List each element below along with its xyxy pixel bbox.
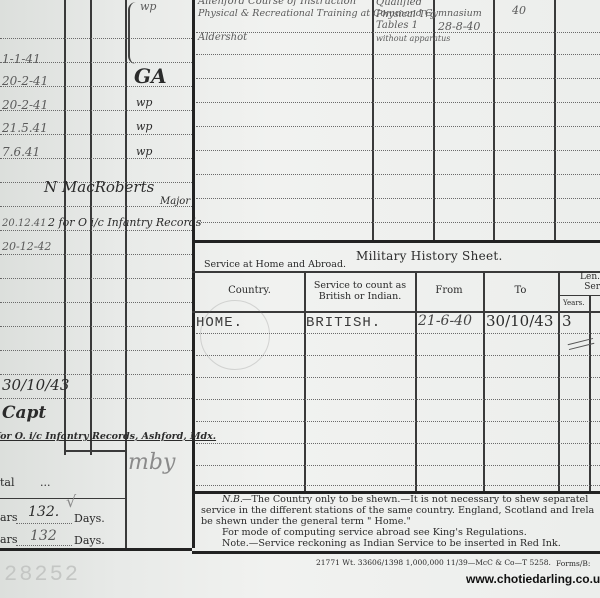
col-header-length: Len. Ser	[574, 272, 600, 292]
days-value: 132.	[28, 504, 59, 520]
row-rule	[196, 198, 600, 199]
left-section-border	[192, 0, 195, 548]
row-rule	[196, 174, 600, 175]
entry-date: 20-2-41	[2, 98, 48, 112]
course-line: Aldershot	[198, 32, 247, 43]
note-line: be shewn under the general term " Home."	[201, 516, 411, 528]
course-value: 40	[512, 4, 526, 17]
row-rule	[196, 485, 600, 486]
row-rule	[0, 326, 192, 327]
entry-date: 7.6.41	[2, 145, 40, 159]
total-label: tal	[0, 476, 15, 489]
row-rule	[0, 254, 192, 255]
col-header-service: Service to count as British or Indian.	[312, 280, 408, 302]
note-line: For mode of computing service abroad see…	[222, 527, 527, 539]
note-line: N.B.—The Country only to be shewn.—It is…	[222, 494, 588, 506]
table-col-line	[415, 271, 417, 491]
initials: wp	[136, 145, 152, 158]
document-page: wp 1-1-41 20-2-41 20-2-41 21.5.41 7.6.41…	[0, 0, 600, 598]
cell-from: 21-6-40	[418, 313, 472, 329]
row-rule	[196, 54, 600, 55]
cell-years: 3	[562, 312, 572, 330]
records-officer-signature: Capt	[2, 403, 46, 423]
row-rule	[196, 399, 600, 400]
row-rule	[0, 398, 192, 399]
initials: GA	[134, 64, 167, 88]
row-rule	[0, 38, 192, 39]
posting-entry: 2 for O i/c Infantry Records	[48, 216, 201, 229]
entry-date: 1-1-41	[2, 52, 41, 66]
website-watermark: www.chotiedarling.co.uk	[466, 572, 600, 586]
course-result: without apparatus	[376, 34, 450, 43]
row-rule	[196, 126, 600, 127]
row-rule	[196, 222, 600, 223]
entry-date: 20-2-41	[2, 74, 48, 88]
row-rule	[0, 230, 192, 231]
records-office-caption: for O. i/c Infantry Records, Ashford, Md…	[0, 431, 216, 442]
table-col-line	[589, 295, 591, 491]
cell-service: BRITISH.	[306, 315, 381, 331]
row-rule	[16, 545, 72, 546]
years-label: ars	[0, 511, 17, 524]
note-line: Note.—Service reckoning as Indian Servic…	[222, 538, 561, 550]
entry-date: 20-12-42	[2, 240, 51, 253]
entry-date: 20.12.41	[2, 218, 47, 229]
course-line: Physical & Recreational Training at Comm…	[198, 8, 482, 19]
table-col-line	[483, 271, 485, 491]
col-header-country: Country.	[195, 285, 304, 296]
row-rule	[196, 465, 600, 466]
row-rule	[0, 302, 192, 303]
course-result: Physical Trg	[376, 9, 436, 20]
row-rule	[196, 102, 600, 103]
row-rule	[0, 374, 192, 375]
total-box-bottom	[0, 498, 125, 499]
header-rule	[192, 271, 600, 273]
note-line: service in the different stations of the…	[201, 505, 594, 517]
total-dots: ...	[40, 476, 51, 489]
col-header-from: From	[415, 285, 483, 296]
subheader-rule	[558, 295, 600, 296]
entry-date: 21.5.41	[2, 121, 48, 135]
faint-stamp-circle	[200, 300, 270, 370]
row-rule	[196, 32, 600, 33]
top-grid-line	[554, 0, 556, 240]
top-grid-line	[372, 0, 374, 240]
row-rule	[196, 150, 600, 151]
years-label: ars	[0, 533, 17, 546]
row-rule	[196, 377, 600, 378]
left-bottom-border	[0, 548, 192, 551]
officer-signature: N MacRoberts	[44, 178, 154, 196]
note-text: —The Country only to be shewn.—It is not…	[242, 494, 588, 505]
course-result: Tables 1	[376, 20, 418, 31]
bottom-border	[192, 551, 600, 554]
total-box-side	[125, 447, 127, 548]
row-rule	[0, 350, 192, 351]
initials: wp	[136, 96, 152, 109]
history-sheet-subtitle: Service at Home and Abroad.	[204, 259, 346, 270]
initials-top: wp	[140, 0, 156, 13]
col-header-years: Years.	[563, 299, 585, 307]
days-label: Days.	[74, 512, 105, 525]
table-col-line	[558, 271, 560, 491]
row-rule	[0, 278, 192, 279]
total-box-top	[90, 450, 126, 452]
top-grid-line	[493, 0, 495, 240]
days-value: 132	[30, 528, 57, 544]
check-mark: √	[66, 492, 76, 511]
row-rule	[196, 443, 600, 444]
brace-mark	[128, 2, 138, 64]
days-label: Days.	[74, 534, 105, 547]
col-header-to: To	[483, 285, 558, 296]
sheet-number: 28252	[4, 562, 80, 587]
row-rule	[196, 421, 600, 422]
course-line: Allenford Course of Instruction	[198, 0, 356, 7]
history-sheet-top-border	[192, 240, 600, 243]
rank: Major	[160, 196, 190, 207]
row-rule	[196, 78, 600, 79]
print-code: 21771 Wt. 33606/1398 1,000,000 11/39—McC…	[316, 558, 551, 567]
forms-label: Forms/B:	[556, 559, 590, 568]
cell-to: 30/10/43	[486, 312, 553, 330]
row-rule	[16, 523, 72, 524]
course-result: Qualified	[376, 0, 422, 8]
table-col-line	[304, 271, 306, 491]
pencil-initials: mby	[128, 450, 175, 475]
initials: wp	[136, 120, 152, 133]
course-date: 28-8-40	[438, 20, 480, 33]
history-sheet-title: Military History Sheet.	[356, 249, 503, 263]
discharge-date: 30/10/43	[2, 376, 69, 394]
